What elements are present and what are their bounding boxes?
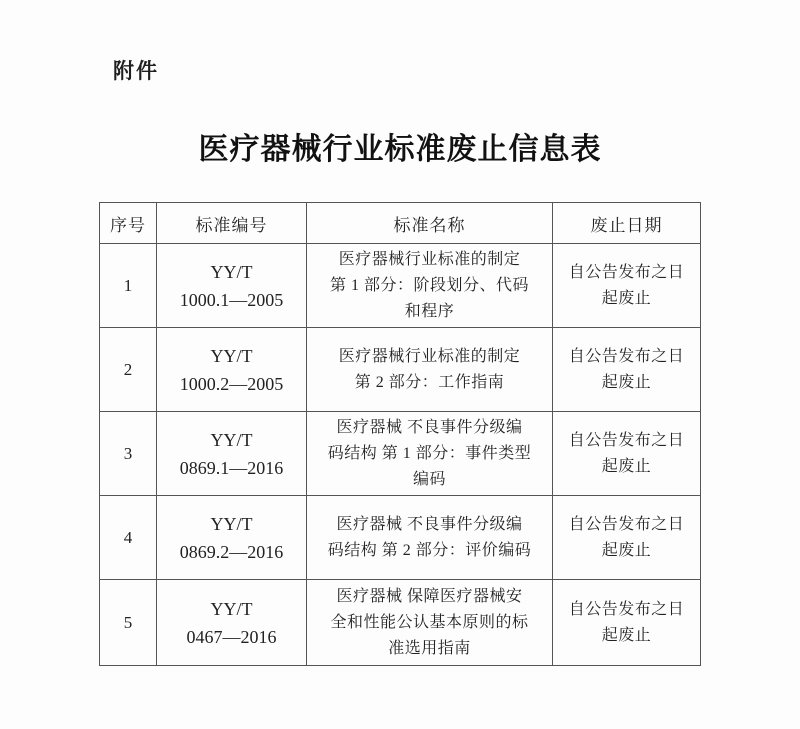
- cell-standard-name: 医疗器械 不良事件分级编 码结构 第 2 部分：评价编码: [307, 496, 553, 580]
- col-header-no: 序号: [100, 203, 157, 244]
- cell-standard-name: 医疗器械 保障医疗器械安 全和性能公认基本原则的标 准选用指南: [307, 580, 553, 666]
- cell-abolish-date: 自公告发布之日 起废止: [553, 328, 701, 412]
- cell-standard-name: 医疗器械 不良事件分级编 码结构 第 1 部分：事件类型 编码: [307, 412, 553, 496]
- cell-no: 3: [100, 412, 157, 496]
- cell-no: 1: [100, 244, 157, 328]
- col-header-standard-no: 标准编号: [157, 203, 307, 244]
- cell-standard-no: YY/T 0467—2016: [157, 580, 307, 666]
- cell-standard-no: YY/T 0869.2—2016: [157, 496, 307, 580]
- cell-abolish-date: 自公告发布之日 起废止: [553, 496, 701, 580]
- cell-standard-no: YY/T 0869.1—2016: [157, 412, 307, 496]
- cell-no: 5: [100, 580, 157, 666]
- page-title: 医疗器械行业标准废止信息表: [0, 124, 800, 168]
- table-row: 5 YY/T 0467—2016 医疗器械 保障医疗器械安 全和性能公认基本原则…: [100, 580, 701, 666]
- table-row: 1 YY/T 1000.1—2005 医疗器械行业标准的制定 第 1 部分：阶段…: [100, 244, 701, 328]
- table-row: 3 YY/T 0869.1—2016 医疗器械 不良事件分级编 码结构 第 1 …: [100, 412, 701, 496]
- cell-abolish-date: 自公告发布之日 起废止: [553, 580, 701, 666]
- cell-standard-no: YY/T 1000.2—2005: [157, 328, 307, 412]
- col-header-standard-name: 标准名称: [307, 203, 553, 244]
- col-header-abolish-date: 废止日期: [553, 203, 701, 244]
- standards-table: 序号 标准编号 标准名称 废止日期 1 YY/T 1000.1—2005 医疗器…: [99, 202, 701, 666]
- cell-standard-name: 医疗器械行业标准的制定 第 1 部分：阶段划分、代码 和程序: [307, 244, 553, 328]
- attachment-label: 附件: [113, 55, 159, 85]
- table-row: 4 YY/T 0869.2—2016 医疗器械 不良事件分级编 码结构 第 2 …: [100, 496, 701, 580]
- cell-abolish-date: 自公告发布之日 起废止: [553, 244, 701, 328]
- table-row: 2 YY/T 1000.2—2005 医疗器械行业标准的制定 第 2 部分：工作…: [100, 328, 701, 412]
- cell-standard-no: YY/T 1000.1—2005: [157, 244, 307, 328]
- document-page: 附件 医疗器械行业标准废止信息表 序号 标准编号 标准名称 废止日期 1 YY/…: [0, 0, 800, 729]
- cell-no: 4: [100, 496, 157, 580]
- table-header-row: 序号 标准编号 标准名称 废止日期: [100, 203, 701, 244]
- cell-no: 2: [100, 328, 157, 412]
- cell-abolish-date: 自公告发布之日 起废止: [553, 412, 701, 496]
- cell-standard-name: 医疗器械行业标准的制定 第 2 部分：工作指南: [307, 328, 553, 412]
